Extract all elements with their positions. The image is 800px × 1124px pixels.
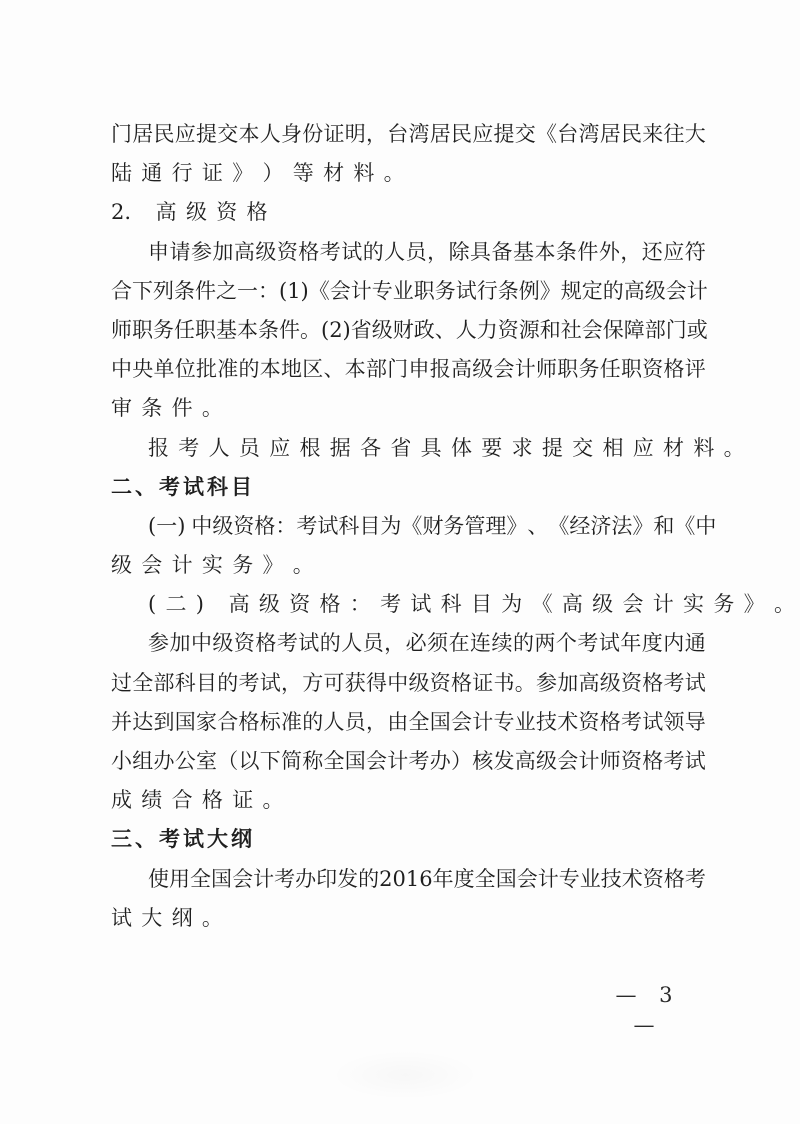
text-line: 中央单位批准的本地区、本部门申报高级会计师职务任职资格评 xyxy=(111,350,706,389)
text-line: 过全部科目的考试，方可获得中级资格证书。参加高级资格考试 xyxy=(111,664,706,703)
text-line: 小组办公室（以下简称全国会计考办）核发高级会计师资格考试 xyxy=(111,742,706,781)
document-page: 门居民应提交本人身份证明，台湾居民应提交《台湾居民来往大陆通行证》）等材料。2.… xyxy=(0,0,800,1124)
text-line: 试大纲。 xyxy=(111,899,706,938)
text-line: (二) 高级资格：考试科目为《高级会计实务》。 xyxy=(111,585,706,624)
page-number: — 3 — xyxy=(608,980,688,1040)
text-line: 级会计实务》。 xyxy=(111,546,706,585)
section-heading: 三、考试大纲 xyxy=(111,820,706,859)
text-line: 参加中级资格考试的人员，必须在连续的两个考试年度内通 xyxy=(111,624,706,663)
text-line: 使用全国会计考办印发的2016年度全国会计专业技术资格考 xyxy=(111,860,706,899)
text-line: 报考人员应根据各省具体要求提交相应材料。 xyxy=(111,429,706,468)
text-line: 陆通行证》）等材料。 xyxy=(111,154,706,193)
document-body: 门居民应提交本人身份证明，台湾居民应提交《台湾居民来往大陆通行证》）等材料。2.… xyxy=(111,115,706,938)
text-line: 并达到国家合格标准的人员，由全国会计专业技术资格考试领导 xyxy=(111,703,706,742)
text-line: 审条件。 xyxy=(111,389,706,428)
scan-bleed-through xyxy=(330,1050,480,1100)
section-heading: 二、考试科目 xyxy=(111,468,706,507)
text-line: 申请参加高级资格考试的人员，除具备基本条件外，还应符 xyxy=(111,233,706,272)
text-line: 师职务任职基本条件。(2)省级财政、人力资源和社会保障部门或 xyxy=(111,311,706,350)
text-line: 成绩合格证。 xyxy=(111,781,706,820)
text-line: 门居民应提交本人身份证明，台湾居民应提交《台湾居民来往大 xyxy=(111,115,706,154)
text-line: (一) 中级资格：考试科目为《财务管理》、《经济法》和《中 xyxy=(111,507,706,546)
text-line: 合下列条件之一：(1)《会计专业职务试行条例》规定的高级会计 xyxy=(111,272,706,311)
subsection-heading: 2. 高级资格 xyxy=(111,193,706,232)
